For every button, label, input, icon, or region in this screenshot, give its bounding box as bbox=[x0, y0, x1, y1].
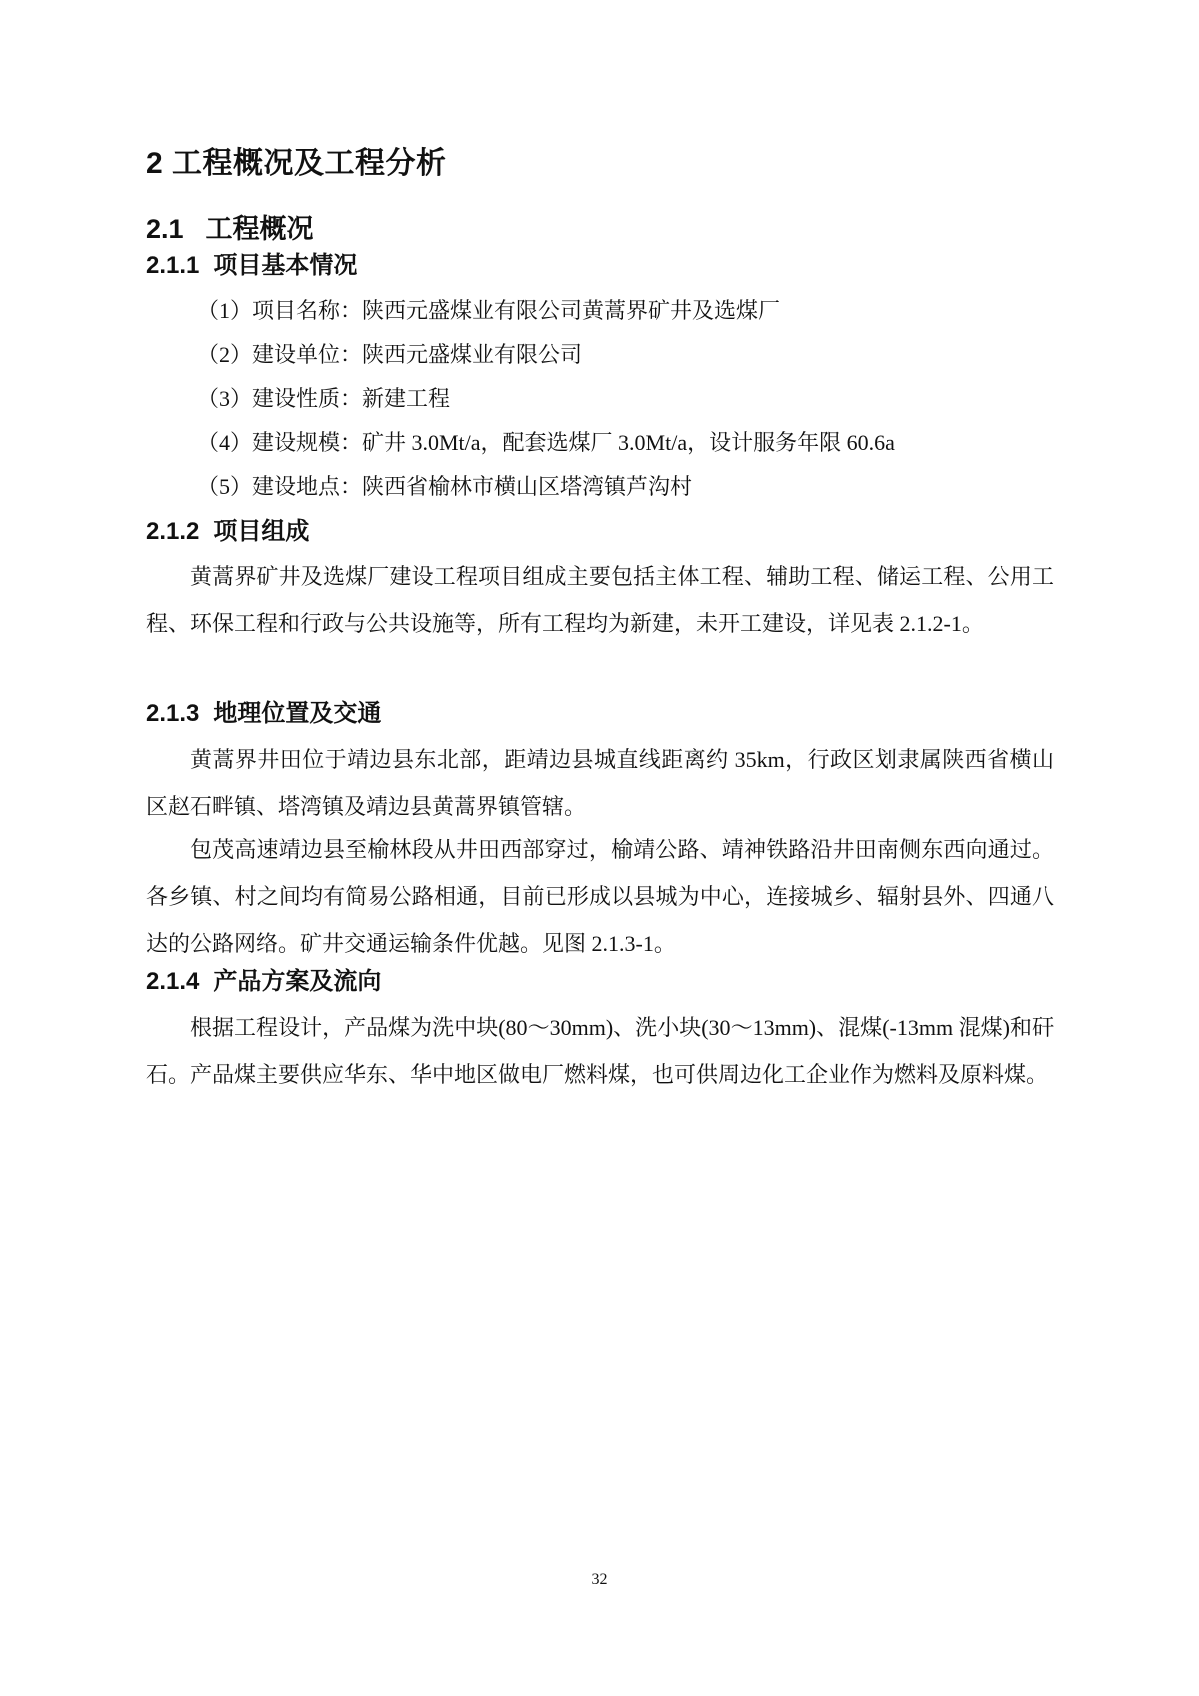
list-item-construction-nature: （3）建设性质：新建工程 bbox=[197, 384, 450, 414]
section-heading: 2.1工程概况 bbox=[146, 211, 314, 247]
subsection-title: 项目基本情况 bbox=[213, 252, 357, 279]
document-page: 2 工程概况及工程分析 2.1工程概况 2.1.1项目基本情况 （1）项目名称：… bbox=[0, 0, 1199, 1696]
section-number: 2.1 bbox=[146, 211, 184, 247]
list-item-project-name: （1）项目名称：陕西元盛煤业有限公司黄蒿界矿井及选煤厂 bbox=[197, 296, 780, 326]
paragraph-product-plan: 根据工程设计，产品煤为洗中块(80～30mm)、洗小块(30～13mm)、混煤(… bbox=[146, 1004, 1054, 1098]
subsection-heading-2-1-4: 2.1.4产品方案及流向 bbox=[146, 966, 381, 998]
subsection-title: 地理位置及交通 bbox=[213, 700, 381, 727]
paragraph-geographic-location: 黄蒿界井田位于靖边县东北部，距靖边县城直线距离约 35km，行政区划隶属陕西省横… bbox=[146, 736, 1054, 830]
section-title: 工程概况 bbox=[206, 214, 314, 244]
subsection-number: 2.1.4 bbox=[146, 966, 199, 998]
subsection-heading-2-1-3: 2.1.3地理位置及交通 bbox=[146, 698, 381, 730]
list-item-construction-unit: （2）建设单位：陕西元盛煤业有限公司 bbox=[197, 340, 582, 370]
list-item-construction-site: （5）建设地点：陕西省榆林市横山区塔湾镇芦沟村 bbox=[197, 472, 692, 502]
subsection-number: 2.1.2 bbox=[146, 516, 199, 548]
list-item-construction-scale: （4）建设规模：矿井 3.0Mt/a，配套选煤厂 3.0Mt/a，设计服务年限 … bbox=[197, 428, 895, 458]
subsection-number: 2.1.1 bbox=[146, 250, 199, 282]
page-number: 32 bbox=[0, 1570, 1199, 1590]
subsection-number: 2.1.3 bbox=[146, 698, 199, 730]
subsection-heading-2-1-1: 2.1.1项目基本情况 bbox=[146, 250, 357, 282]
paragraph-project-composition: 黄蒿界矿井及选煤厂建设工程项目组成主要包括主体工程、辅助工程、储运工程、公用工程… bbox=[146, 553, 1054, 647]
paragraph-transportation: 包茂高速靖边县至榆林段从井田西部穿过，榆靖公路、靖神铁路沿井田南侧东西向通过。各… bbox=[146, 826, 1054, 967]
subsection-heading-2-1-2: 2.1.2项目组成 bbox=[146, 516, 309, 548]
subsection-title: 项目组成 bbox=[213, 518, 309, 545]
subsection-title: 产品方案及流向 bbox=[213, 968, 381, 995]
chapter-heading: 2 工程概况及工程分析 bbox=[146, 144, 447, 184]
